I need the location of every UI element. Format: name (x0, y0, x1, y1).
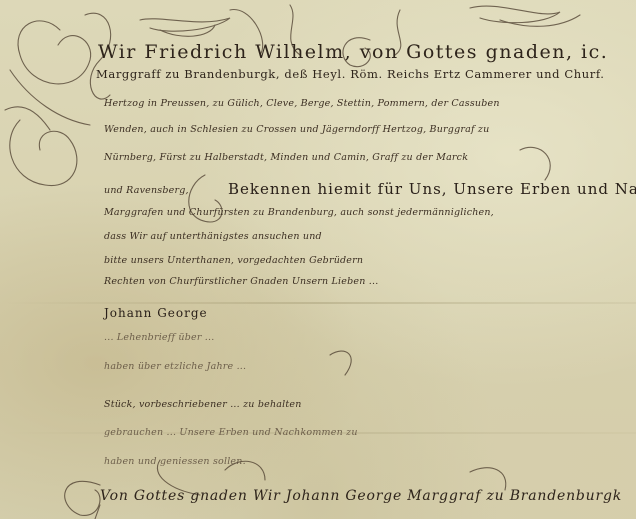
body-line-8: bitte unsers Unterthanen, vorgedachten G… (104, 255, 363, 266)
body-line-15: haben und geniessen sollen. (104, 456, 246, 467)
body-line-4: und Ravensberg, (104, 185, 189, 196)
body-line-2: Wenden, auch in Schlesien zu Crossen und… (104, 124, 489, 135)
body-keyword-bekennen: Bekennen hiemit für Uns, Unsere Erben un… (228, 180, 636, 198)
paper-fold-line (0, 302, 636, 304)
body-line-3: Nürnberg, Fürst zu Halberstadt, Minden u… (104, 152, 468, 163)
body-line-12: haben über etzliche Jahre ... (104, 361, 246, 372)
body-line-11: ... Lehenbrieff über ... (104, 332, 214, 343)
body-line-14: gebrauchen ... Unsere Erben und Nachkomm… (104, 427, 358, 438)
document-heading-line-2: Marggraff zu Brandenburgk, deß Heyl. Röm… (96, 67, 605, 81)
body-line-13: Stück, vorbeschriebener ... zu behalten (104, 399, 302, 410)
body-line-9: Rechten von Churfürstlicher Gnaden Unser… (104, 276, 378, 287)
body-name-johann-george: Johann George (104, 306, 208, 320)
body-line-6: Marggrafen und Churfürsten zu Brandenbur… (104, 207, 494, 218)
body-line-7: dass Wir auf unterthänigstes ansuchen un… (104, 231, 322, 242)
document-heading-line-1: Wir Friedrich Wilhelm, von Gottes gnaden… (98, 41, 608, 63)
body-line-1: Hertzog in Preussen, zu Gülich, Cleve, B… (104, 98, 500, 109)
closing-line: Von Gottes gnaden Wir Johann George Marg… (100, 488, 622, 504)
